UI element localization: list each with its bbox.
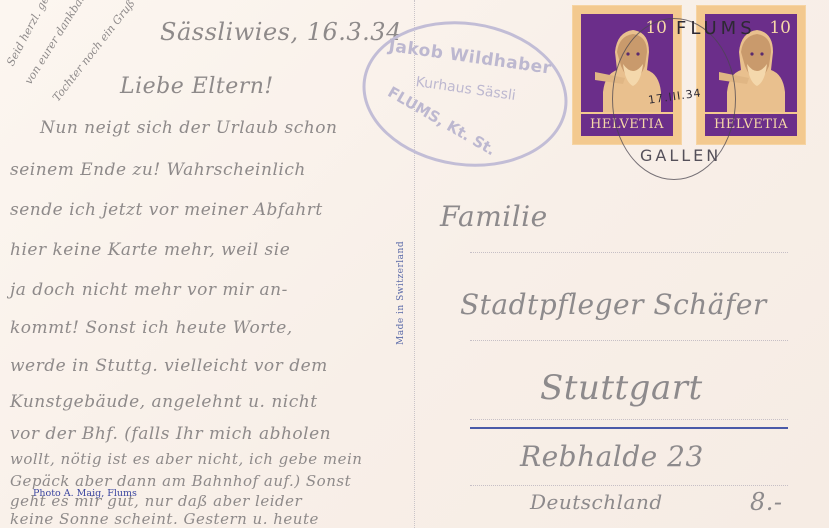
address-line-1: Familie xyxy=(440,200,548,233)
message-line: wollt, nötig ist es aber nicht, ich gebe… xyxy=(10,450,362,468)
message-line: werde in Stuttg. vielleicht vor dem xyxy=(10,356,328,376)
address-rule-solid xyxy=(470,427,788,429)
message-line: ja doch nicht mehr vor mir an- xyxy=(10,280,288,300)
address-rule xyxy=(470,340,788,341)
photo-credit: Photo A. Maig, Flums xyxy=(33,488,137,499)
message-line: vor der Bhf. (falls Ihr mich abholen xyxy=(10,424,331,444)
postmark-region: GALLEN xyxy=(640,146,721,165)
address-line-3: Stuttgart xyxy=(540,368,703,408)
message-line: sende ich jetzt vor meiner Abfahrt xyxy=(10,200,323,220)
message-line: keine Sonne scheint. Gestern u. heute xyxy=(10,510,319,528)
message-line: kommt! Sonst ich heute Worte, xyxy=(10,318,293,338)
address-line-2: Stadtpfleger Schäfer xyxy=(460,288,767,321)
postmark-town: FLUMS xyxy=(676,18,756,39)
message-line: Kunstgebäude, angelehnt u. nicht xyxy=(10,392,318,412)
address-rule xyxy=(470,252,788,253)
address-rule xyxy=(470,485,788,486)
place-date: Sässliwies, 16.3.34 xyxy=(160,18,402,46)
address-line-4: Rebhalde 23 xyxy=(520,440,704,473)
message-line: Nun neigt sich der Urlaub schon xyxy=(40,118,337,138)
message-line: seinem Ende zu! Wahrscheinlich xyxy=(10,160,306,180)
address-note: 8.- xyxy=(750,488,783,516)
made-in-switzerland: Made in Switzerland xyxy=(396,241,406,345)
message-line: hier keine Karte mehr, weil sie xyxy=(10,240,290,260)
address-line-5: Deutschland xyxy=(530,490,663,514)
address-rule xyxy=(470,419,788,420)
postcard: Seid herzl. gegrüßt von eurer dankbaren … xyxy=(0,0,829,528)
stamp-value: 10 xyxy=(769,18,791,38)
greeting: Liebe Eltern! xyxy=(120,74,274,99)
